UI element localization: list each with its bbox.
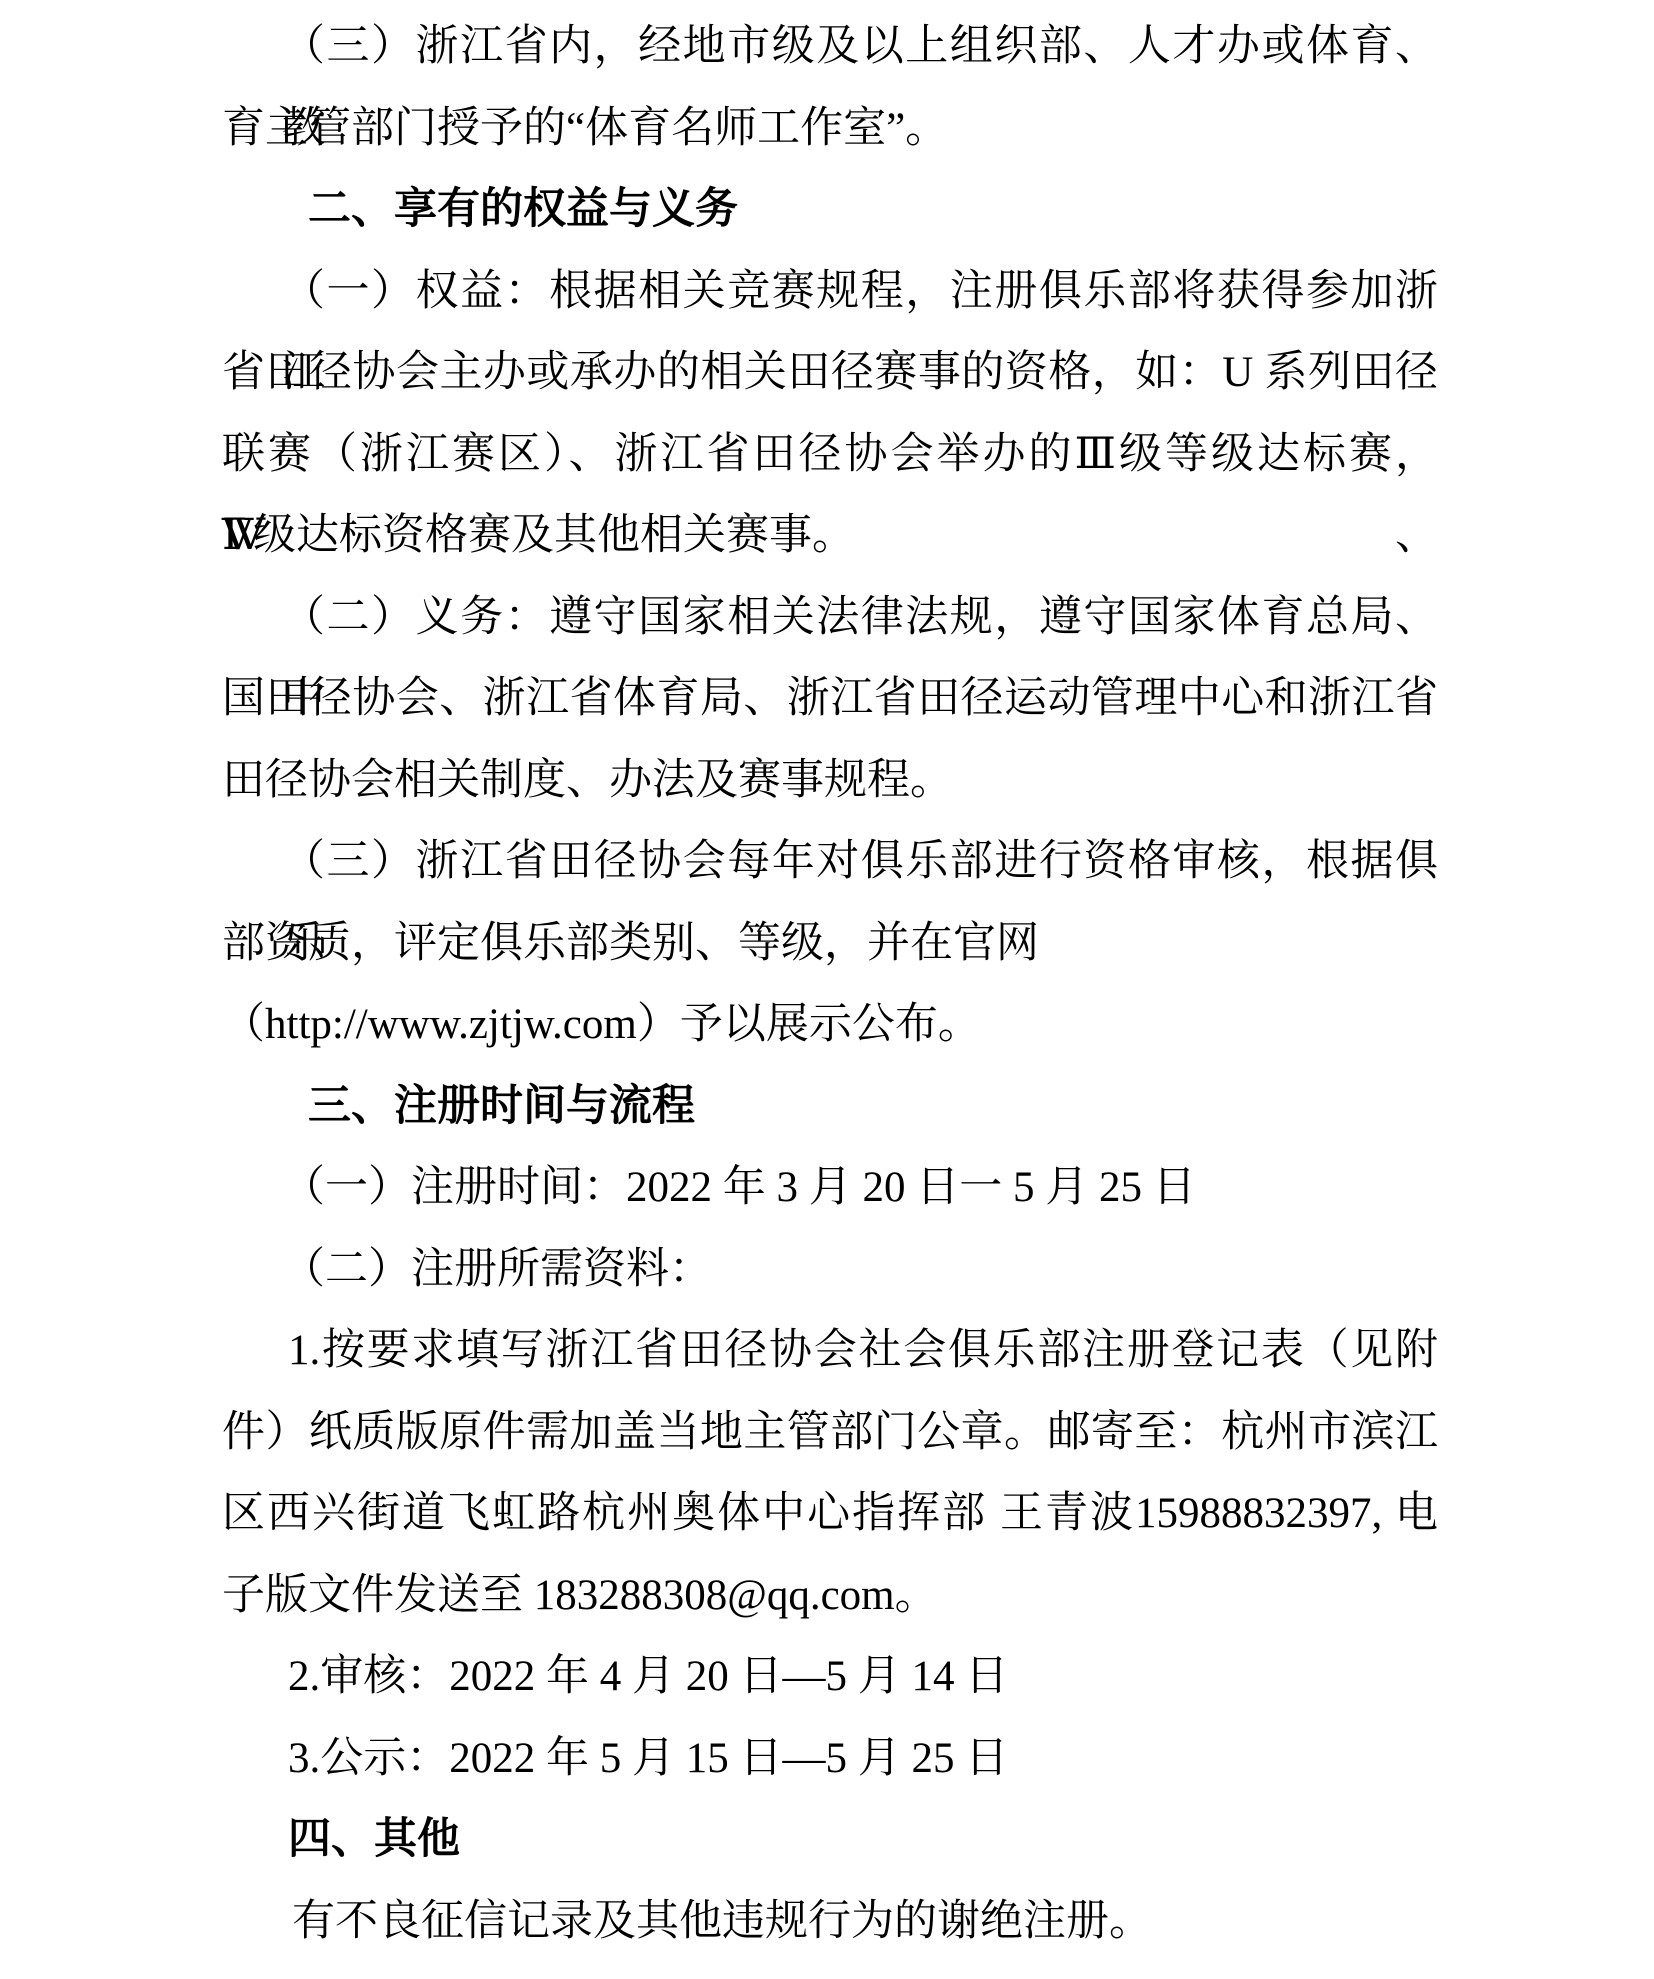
text-line: 田径协会相关制度、办法及赛事规程。 (222, 740, 1438, 822)
text-line: 3.公示：2022 年 5 月 15 日—5 月 25 日 (222, 1718, 1438, 1800)
document-page: （三）浙江省内，经地市级及以上组织部、人才办或体育、教 育主管部门授予的“体育名… (0, 0, 1654, 1979)
text-line: （三）浙江省田径协会每年对俱乐部进行资格审核，根据俱乐 (222, 821, 1438, 903)
text-line: （二）注册所需资料： (222, 1229, 1438, 1311)
text-line: 育主管部门授予的“体育名师工作室”。 (222, 88, 1438, 170)
text-line: 件）纸质版原件需加盖当地主管部门公章。邮寄至：杭州市滨江 (222, 1392, 1438, 1474)
text-line: 省田径协会主办或承办的相关田径赛事的资格，如：U 系列田径 (222, 332, 1438, 414)
contact-line: 区西兴街道飞虹路杭州奥体中心指挥部 王青波15988832397, 电 (222, 1473, 1438, 1555)
document-body: （三）浙江省内，经地市级及以上组织部、人才办或体育、教 育主管部门授予的“体育名… (222, 6, 1438, 1962)
website-url-line: （http://www.zjtjw.com）予以展示公布。 (222, 984, 1438, 1066)
section-heading: 三、注册时间与流程 (222, 1066, 1438, 1148)
text-line: （三）浙江省内，经地市级及以上组织部、人才办或体育、教 (222, 6, 1438, 88)
text-line: 1.按要求填写浙江省田径协会社会俱乐部注册登记表（见附 (222, 1310, 1438, 1392)
section-heading: 四、其他 (222, 1799, 1438, 1881)
text-line: 2.审核：2022 年 4 月 20 日—5 月 14 日 (222, 1636, 1438, 1718)
text-line: 联赛（浙江赛区）、浙江省田径协会举办的Ⅲ级等级达标赛，Ⅳ、 (222, 414, 1438, 496)
text-line: 部资质，评定俱乐部类别、等级，并在官网 (222, 903, 1438, 985)
section-heading: 二、享有的权益与义务 (222, 169, 1438, 251)
text-line: 国田径协会、浙江省体育局、浙江省田径运动管理中心和浙江省 (222, 658, 1438, 740)
text-line: （一）注册时间：2022 年 3 月 20 日一 5 月 25 日 (222, 1147, 1438, 1229)
text-line: （一）权益：根据相关竞赛规程，注册俱乐部将获得参加浙江 (222, 251, 1438, 333)
text-line: （二）义务：遵守国家相关法律法规，遵守国家体育总局、中 (222, 577, 1438, 659)
text-line: 有不良征信记录及其他违规行为的谢绝注册。 (222, 1881, 1438, 1963)
email-line: 子版文件发送至 183288308@qq.com。 (222, 1555, 1438, 1637)
